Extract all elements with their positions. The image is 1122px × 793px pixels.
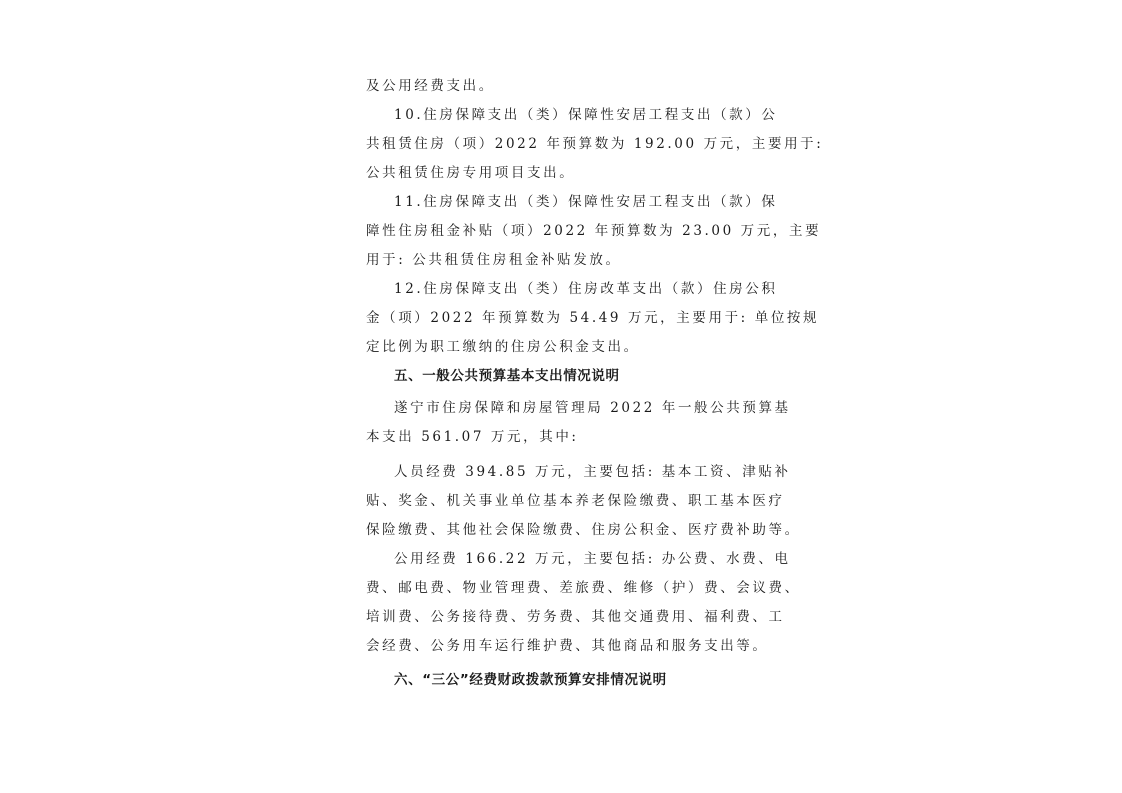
item-10-line-2: 共租赁住房（项）2022 年预算数为 192.00 万元，主要用于: xyxy=(366,130,823,159)
personnel-expense-line-3: 保险缴费、其他社会保险缴费、住房公积金、医疗费补助等。 xyxy=(366,516,801,545)
item-10-line-1: 10.住房保障支出（类）保障性安居工程支出（款）公 xyxy=(394,101,777,130)
item-11-line-1: 11.住房保障支出（类）保障性安居工程支出（款）保 xyxy=(394,188,777,217)
item-12-line-2: 金（项）2022 年预算数为 54.49 万元，主要用于: 单位按规 xyxy=(366,304,819,333)
personnel-expense-line-1: 人员经费 394.85 万元，主要包括: 基本工资、津贴补 xyxy=(394,458,791,487)
text-line-1: 及公用经费支出。 xyxy=(366,72,495,101)
item-11-line-3: 用于: 公共租赁住房租金补贴发放。 xyxy=(366,246,622,275)
public-expense-line-2: 费、邮电费、物业管理费、差旅费、维修（护）费、会议费、 xyxy=(366,574,801,603)
section-5-intro-line-1: 遂宁市住房保障和房屋管理局 2022 年一般公共预算基 xyxy=(394,394,791,423)
item-12-line-1: 12.住房保障支出（类）住房改革支出（款）住房公积 xyxy=(394,275,777,304)
public-expense-line-1: 公用经费 166.22 万元，主要包括: 办公费、水费、电 xyxy=(394,545,791,574)
personnel-expense-line-2: 贴、奖金、机关事业单位基本养老保险缴费、职工基本医疗 xyxy=(366,487,785,516)
public-expense-line-4: 会经费、公务用车运行维护费、其他商品和服务支出等。 xyxy=(366,632,769,661)
item-12-line-3: 定比例为职工缴纳的住房公积金支出。 xyxy=(366,333,640,362)
item-11-line-2: 障性住房租金补贴（项）2022 年预算数为 23.00 万元，主要 xyxy=(366,217,821,246)
section-5-intro-line-2: 本支出 561.07 万元，其中: xyxy=(366,423,579,452)
public-expense-line-3: 培训费、公务接待费、劳务费、其他交通费用、福利费、工 xyxy=(366,603,785,632)
item-10-line-3: 公共租赁住房专用项目支出。 xyxy=(366,159,575,188)
section-heading-5: 五、一般公共预算基本支出情况说明 xyxy=(394,362,620,391)
section-heading-6: 六、“三公”经费财政拨款预算安排情况说明 xyxy=(394,666,667,695)
